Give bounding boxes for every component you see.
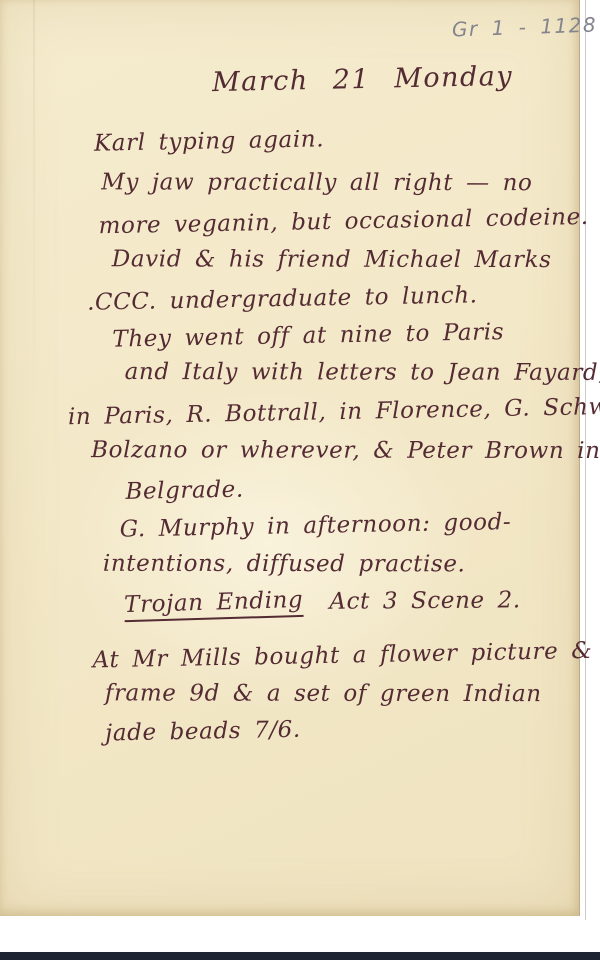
underlined-work-title: Trojan Ending — [124, 587, 304, 623]
scan-bottom-strip — [0, 952, 600, 960]
entry-line: and Italy with letters to Jean Fayard, — [125, 359, 600, 386]
entry-line: Belgrade. — [125, 477, 244, 506]
act-scene-note: Act 3 Scene 2. — [329, 587, 521, 614]
entry-line: Bolzano or wherever, & Peter Brown in — [91, 437, 600, 464]
entry-line: frame 9d & a set of green Indian — [105, 680, 542, 707]
date-heading: March 21 Monday — [212, 61, 514, 98]
entry-line: Karl typing again. — [94, 126, 325, 157]
entry-line: My jaw practically all right — no — [101, 169, 532, 196]
entry-line-trojan-ending: Trojan EndingAct 3 Scene 2. — [124, 587, 521, 620]
entry-line: intentions, diffused practise. — [103, 551, 466, 578]
entry-line: jade beads 7/6. — [105, 717, 301, 747]
paper-fold-line — [33, 0, 35, 420]
scanned-diary-page: Gr 1 - 1128 March 21 Monday Karl typing … — [0, 0, 600, 960]
entry-line: David & his friend Michael Marks — [112, 246, 552, 273]
